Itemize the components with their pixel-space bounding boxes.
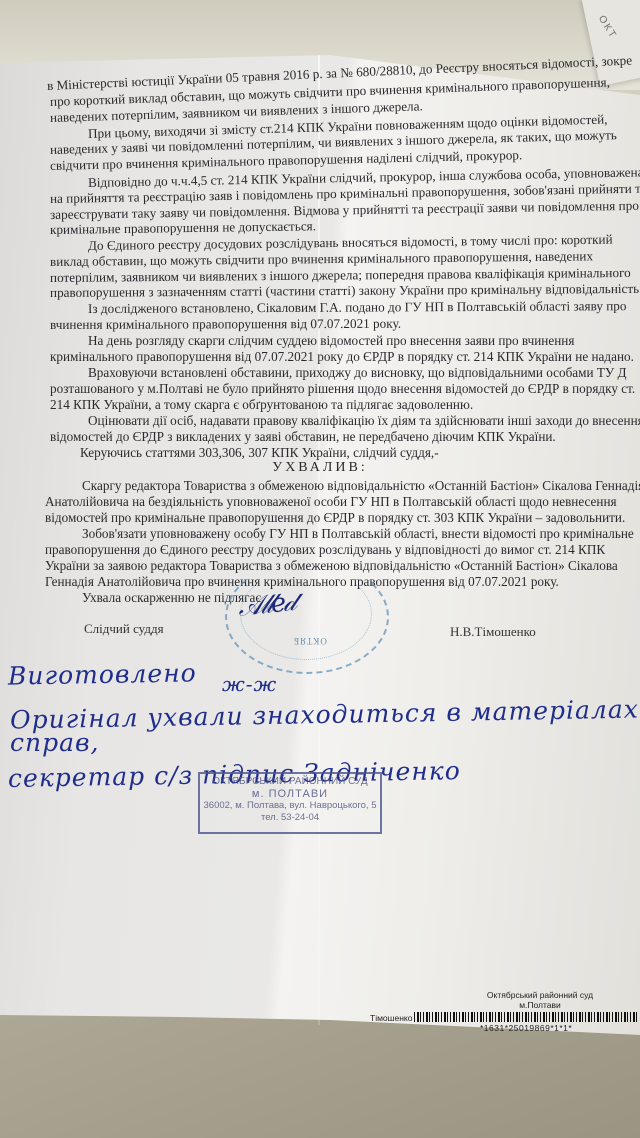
stamp-city: м. ПОЛТАВИ (200, 788, 380, 800)
body-line: Керуючись статтями 303,306, 307 КПК Укра… (80, 445, 439, 460)
signature-role: Слідчий суддя (84, 621, 164, 637)
footer-court-city: м.Полтави (475, 1000, 605, 1010)
body-line: 214 КПК України, а тому скарга є обґрунт… (50, 397, 473, 412)
court-office-stamp: ОКТЯБРСЬКИЙ РАЙОННИЙ СУД м. ПОЛТАВИ 3600… (198, 772, 382, 834)
barcode-text: *1631*25019869*1*1* (480, 1023, 572, 1033)
signature-name: Н.В.Тімошенко (450, 624, 536, 640)
handwritten-line: Виготовлено (8, 658, 197, 690)
ruling-line: правопорушення до Єдиного реєстру досудо… (45, 542, 605, 557)
body-line: вчинення кримінального правопорушення ві… (50, 316, 401, 332)
ruling-heading: УХВАЛИВ: (0, 460, 640, 476)
footer-court-name: Октябрський районний суд (475, 990, 605, 1000)
judge-signature: 𝒜𝓁𝓁𝑒𝒹 (237, 587, 295, 624)
body-line: Із дослідженого встановлено, Сікаловим Г… (88, 298, 627, 316)
handwritten-line: ж-ж (222, 672, 277, 696)
stamp-address: 36002, м. Полтава, вул. Навроцького, 5 (200, 800, 380, 812)
stamp-phone: тел. 53-24-04 (200, 812, 380, 824)
stamp-court-name: ОКТЯБРСЬКИЙ РАЙОННИЙ СУД (200, 776, 380, 788)
body-line: Враховуючи встановлені обставини, приход… (88, 365, 627, 380)
round-seal-text: ОКТЯБ (293, 636, 327, 646)
ruling-line: відомостей про кримінальне правопорушенн… (45, 510, 625, 525)
footer-court: Октябрський районний суд м.Полтави (475, 990, 605, 1010)
ruling-line: Скаргу редактора Товариства з обмеженою … (82, 478, 640, 493)
body-line: Оцінювати дії осіб, надавати правову ква… (88, 413, 640, 428)
body-line: кримінального правопорушення від 07.07.2… (50, 349, 634, 364)
body-line: відомостей до ЄРДР з викладених у заяві … (50, 429, 556, 444)
ruling-line: Зобов'язати уповноважену особу ГУ НП в П… (82, 526, 634, 541)
body-line: розташованого у м.Полтаві не було прийня… (50, 381, 635, 396)
body-line: На день розгляду скарги слідчим суддею в… (88, 333, 574, 348)
footer-judge: Тімошенко (370, 1013, 412, 1023)
ruling-line: Анатолійовича на бездіяльність уповноваж… (45, 494, 617, 509)
barcode (414, 1012, 638, 1022)
corner-paper-text: ОКТ (596, 14, 619, 42)
handwritten-line: справ, (10, 728, 100, 757)
